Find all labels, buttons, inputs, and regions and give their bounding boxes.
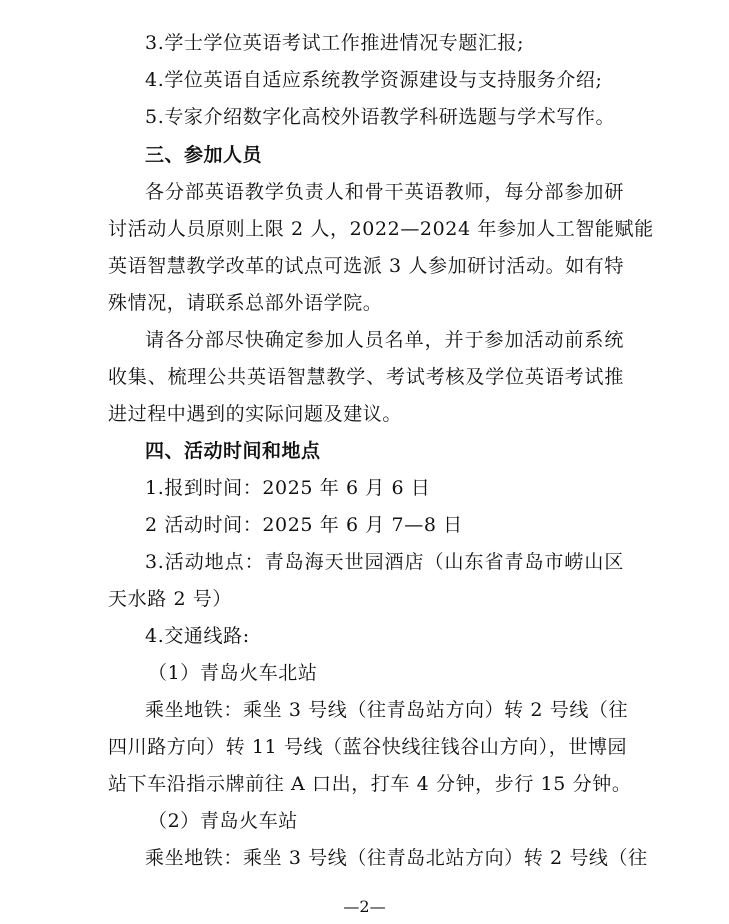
participants-paragraph-line: 殊情况，请联系总部外语学院。 [108,288,624,318]
participants-note-line: 进过程中遇到的实际问题及建议。 [108,399,624,429]
route-main-station-line: 乘坐地铁：乘坐 3 号线（往青岛北站方向）转 2 号线（往 [145,843,624,873]
transport-label: 4.交通线路: [145,621,624,651]
document-page: 3.学士学位英语考试工作推进情况专题汇报; 4.学位英语自适应系统教学资源建设与… [0,0,729,924]
agenda-item-5: 5.专家介绍数字化高校外语教学科研选题与学术写作。 [145,102,624,132]
activity-location-line: 天水路 2 号） [108,584,624,614]
route-north-station-line: 四川路方向）转 11 号线（蓝谷快线往钱谷山方向），世博园 [108,732,624,762]
agenda-item-4: 4.学位英语自适应系统教学资源建设与支持服务介绍; [145,65,624,95]
participants-note-line: 请各分部尽快确定参加人员名单，并于参加活动前系统 [145,325,624,355]
route-title-main-station: （2）青岛火车站 [148,806,664,836]
participants-paragraph-line: 讨活动人员原则上限 2 人，2022—2024 年参加人工智能赋能 [108,214,624,244]
agenda-item-3: 3.学士学位英语考试工作推进情况专题汇报; [145,28,624,58]
route-north-station-line: 站下车沿指示牌前往 A 口出，打车 4 分钟，步行 15 分钟。 [108,769,624,799]
activity-time: 2 活动时间：2025 年 6 月 7—8 日 [145,510,624,540]
participants-paragraph-line: 各分部英语教学负责人和骨干英语教师，每分部参加研 [145,177,624,207]
participants-paragraph-line: 英语智慧教学改革的试点可选派 3 人参加研讨活动。如有特 [108,251,624,281]
section-heading-time-location: 四、活动时间和地点 [145,436,624,466]
participants-note-line: 收集、梳理公共英语智慧教学、考试考核及学位英语考试推 [108,362,624,392]
route-title-north-station: （1）青岛火车北站 [148,658,664,688]
section-heading-participants: 三、参加人员 [145,140,624,170]
page-number: —2— [0,896,729,918]
route-north-station-line: 乘坐地铁：乘坐 3 号线（往青岛站方向）转 2 号线（往 [145,695,624,725]
activity-location-line: 3.活动地点：青岛海天世园酒店（山东省青岛市崂山区 [145,547,624,577]
checkin-time: 1.报到时间：2025 年 6 月 6 日 [145,473,624,503]
